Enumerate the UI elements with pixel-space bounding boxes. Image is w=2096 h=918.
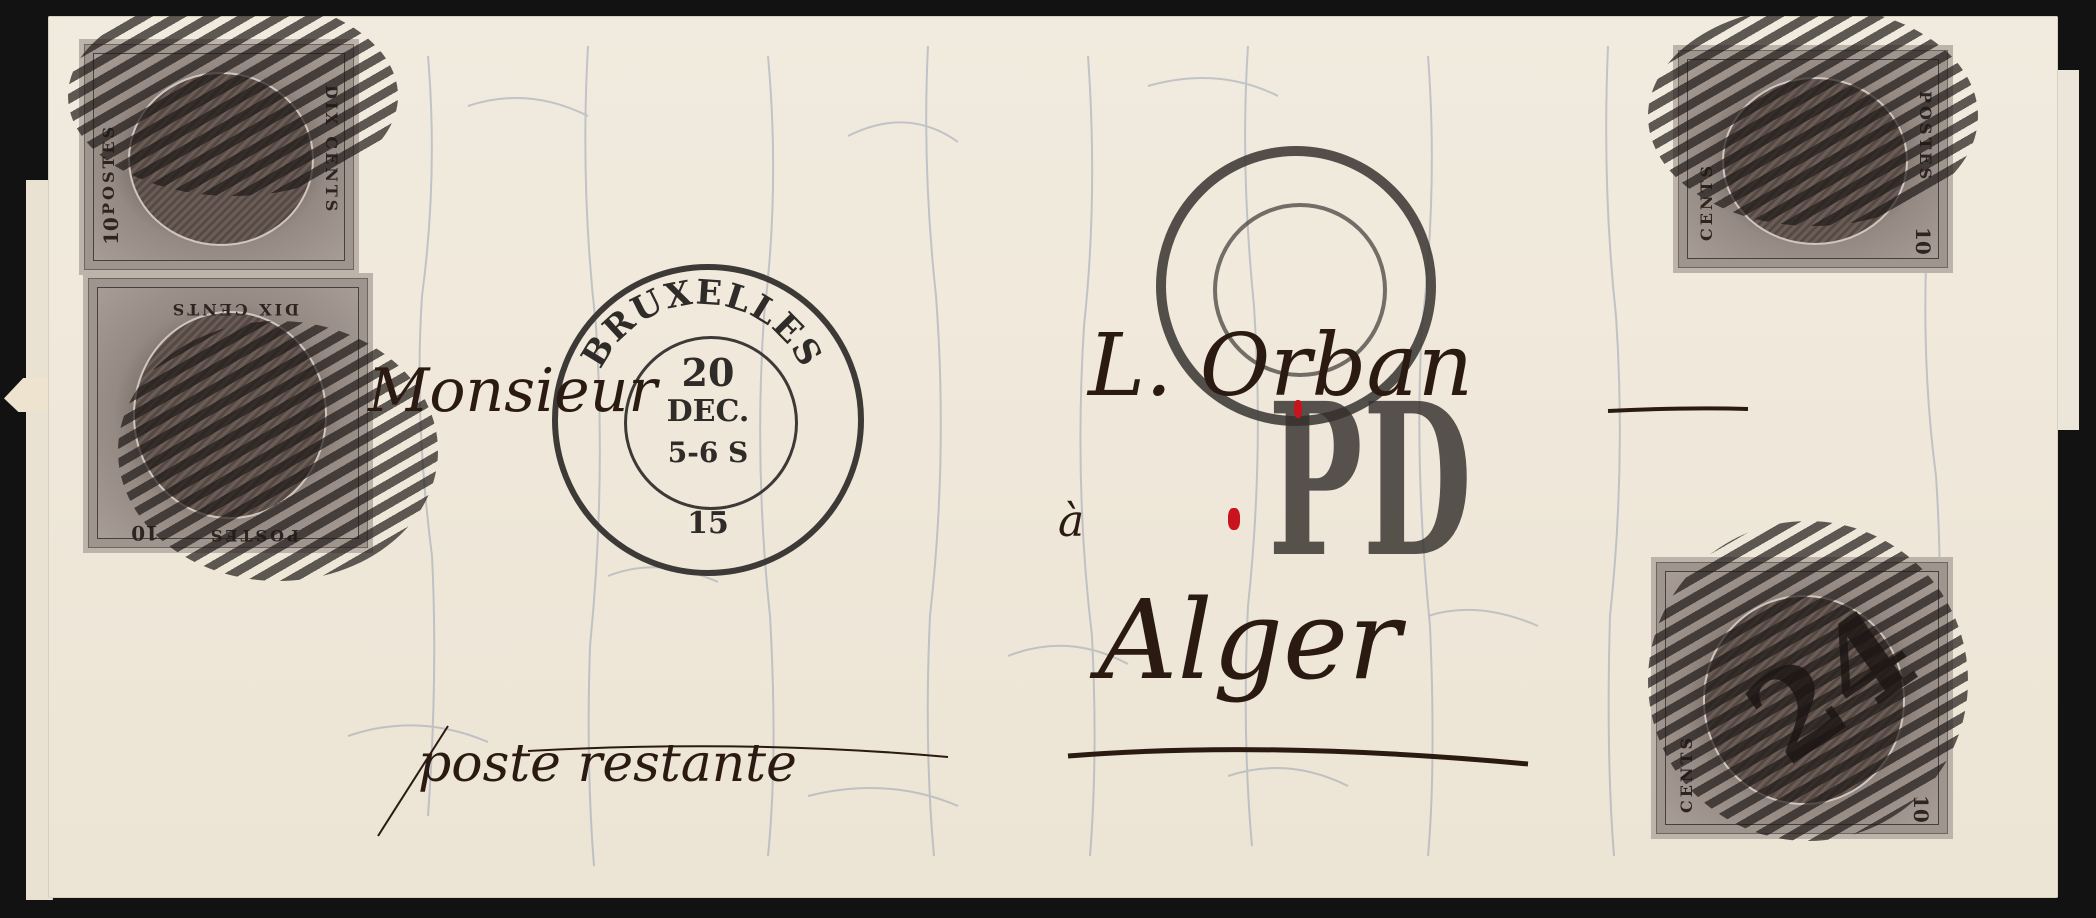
postmark-time: 5-6 S	[558, 436, 858, 469]
address-salutation: Monsieur	[368, 356, 657, 426]
right-fold-flap	[2056, 70, 2079, 430]
postmark-office: 15	[558, 506, 858, 541]
address-instruction: poste restante	[418, 734, 797, 794]
red-ink-mark	[1294, 400, 1302, 418]
bar-cancel	[1648, 16, 1978, 226]
stamp-denomination: 10	[1911, 227, 1935, 255]
red-ink-mark	[1228, 508, 1240, 530]
postal-cover: POSTES DIX CENTS 10 DIX CENTS POSTES 10 …	[48, 16, 2058, 898]
stamp-denomination: 10	[99, 217, 123, 245]
stamp-value-text: DIX CENTS	[170, 300, 299, 319]
address-city: Alger	[1098, 576, 1401, 704]
address-preposition: à	[1058, 496, 1084, 547]
address-name: L. Orban	[1088, 316, 1473, 416]
torn-edge	[4, 378, 52, 412]
